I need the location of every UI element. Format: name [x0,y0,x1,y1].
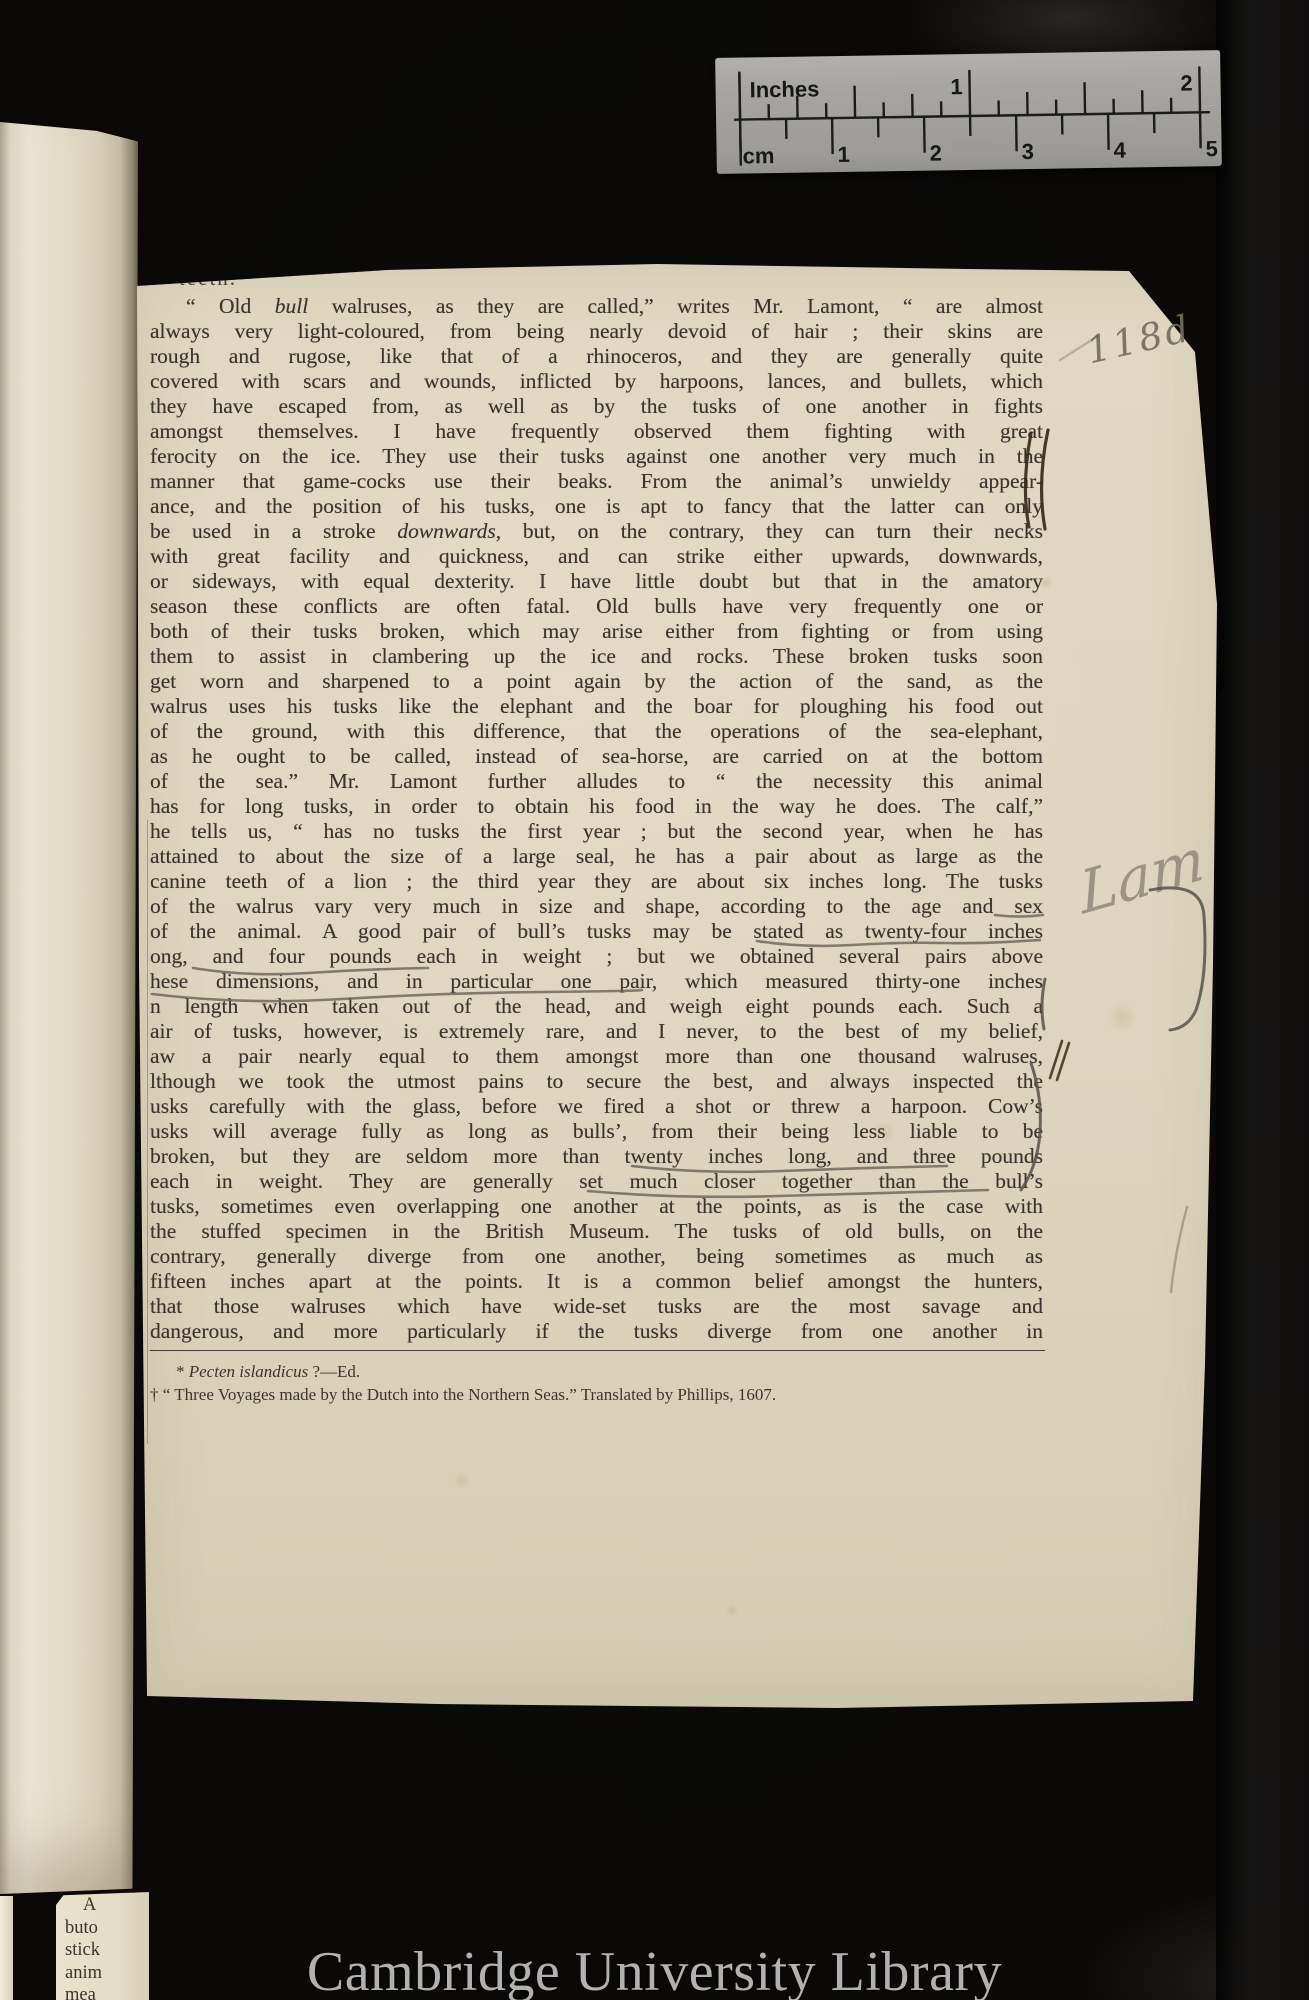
text-line: broken, but they are seldom more than tw… [150,1144,1043,1169]
text-line: covered with scars and wounds, inflicted… [150,369,1043,394]
photographed-archive-page: Inches cm 1212345 teeth. “ Old bull walr… [0,0,1309,2000]
text-line: ance, and the position of his tusks, one… [150,494,1043,519]
text-line: with great facility and quickness, and c… [150,544,1043,569]
ruler-cm-number: 2 [929,140,942,165]
text-line: amongst themselves. I have frequently ob… [150,419,1043,444]
text-line: usks carefully with the glass, before we… [150,1094,1043,1119]
text-line: ong, and four pounds each in weight ; bu… [150,944,1043,969]
text-line: walrus uses his tusks like the elephant … [150,694,1043,719]
text-line: aw a pair nearly equal to them amongst m… [150,1044,1043,1069]
text-line: each in weight. They are generally set m… [150,1169,1043,1194]
album-page-edge [0,122,138,1894]
text-line: manner that game-cocks use their beaks. … [150,469,1043,494]
fragment-line: buto [65,1917,149,1940]
text-line: tusks, sometimes even overlapping one an… [150,1194,1043,1219]
text-line: season these conflicts are often fatal. … [150,594,1043,619]
text-line: contrary, generally diverge from one ano… [150,1244,1043,1269]
text-line: they have escaped from, as well as by th… [150,394,1043,419]
text-line: dangerous, and more particularly if the … [150,1319,1043,1344]
text-line: the stuffed specimen in the British Muse… [150,1219,1043,1244]
ruler-cm-number: 3 [1021,139,1034,164]
footnote-rule [150,1350,1045,1351]
ruler-baseline [734,112,1210,119]
ruler-inch-number: 2 [1180,70,1193,95]
ruler-svg: Inches cm 1212345 [715,50,1222,174]
text-line: get worn and sharpened to a point again … [150,669,1043,694]
text-line: both of their tusks broken, which may ar… [150,619,1043,644]
fragment-line: A [65,1894,149,1917]
black-mat-right-seam [1216,0,1309,2000]
clipping-text-block: “ Old bull walruses, as they are called,… [150,294,1043,1344]
ruler-cm-label: cm [742,143,774,168]
printed-clipping-page: teeth. “ Old bull walruses, as they are … [137,264,1219,1712]
ruler-cm-number: 1 [837,142,850,167]
ruler-cm-number: 5 [1205,136,1218,161]
paper-crease [147,820,148,1444]
text-line: of the animal. A good pair of bull’s tus… [150,919,1043,944]
text-line: them to assist in clambering up the ice … [150,644,1043,669]
text-line: as he ought to be called, instead of sea… [150,744,1043,769]
ruler-inches-label: Inches [749,76,819,102]
footnote-line: * Pecten islandicus ?—Ed. [150,1360,1043,1383]
text-line: of the sea.” Mr. Lamont further alludes … [150,769,1043,794]
ruler-cm-number: 4 [1113,138,1126,163]
text-line: rough and rugose, like that of a rhinoce… [150,344,1043,369]
text-line: has for long tusks, in order to obtain h… [150,794,1043,819]
text-line: of the walrus vary very much in size and… [150,894,1043,919]
text-line: lthough we took the utmost pains to secu… [150,1069,1043,1094]
footnote-line: † “ Three Voyages made by the Dutch into… [150,1383,1043,1406]
text-line: canine teeth of a lion ; the third year … [150,869,1043,894]
library-credit-text: Cambridge University Library [0,1940,1309,2000]
ruler-inch-number: 1 [950,74,963,99]
text-line: “ Old bull walruses, as they are called,… [150,294,1043,319]
text-line: hese dimensions, and in particular one p… [150,969,1043,994]
trimmed-top-line: teeth. [179,277,439,290]
text-line: or sideways, with equal dexterity. I hav… [150,569,1043,594]
text-line: always very light-coloured, from being n… [150,319,1043,344]
text-line: n length when taken out of the head, and… [150,994,1043,1019]
text-line: of the ground, with this difference, tha… [150,719,1043,744]
text-line: fifteen inches apart at the points. It i… [150,1269,1043,1294]
scale-ruler: Inches cm 1212345 [715,50,1222,174]
text-line: be used in a stroke downwards, but, on t… [150,519,1043,544]
text-line: he tells us, “ has no tusks the first ye… [150,819,1043,844]
text-line: usks will average fully as long as bulls… [150,1119,1043,1144]
text-line: air of tusks, however, is extremely rare… [150,1019,1043,1044]
footnotes: * Pecten islandicus ?—Ed.† “ Three Voyag… [150,1360,1043,1406]
text-line: ferocity on the ice. They use their tusk… [150,444,1043,469]
text-line: attained to about the size of a large se… [150,844,1043,869]
text-line: that those walruses which have wide-set … [150,1294,1043,1319]
